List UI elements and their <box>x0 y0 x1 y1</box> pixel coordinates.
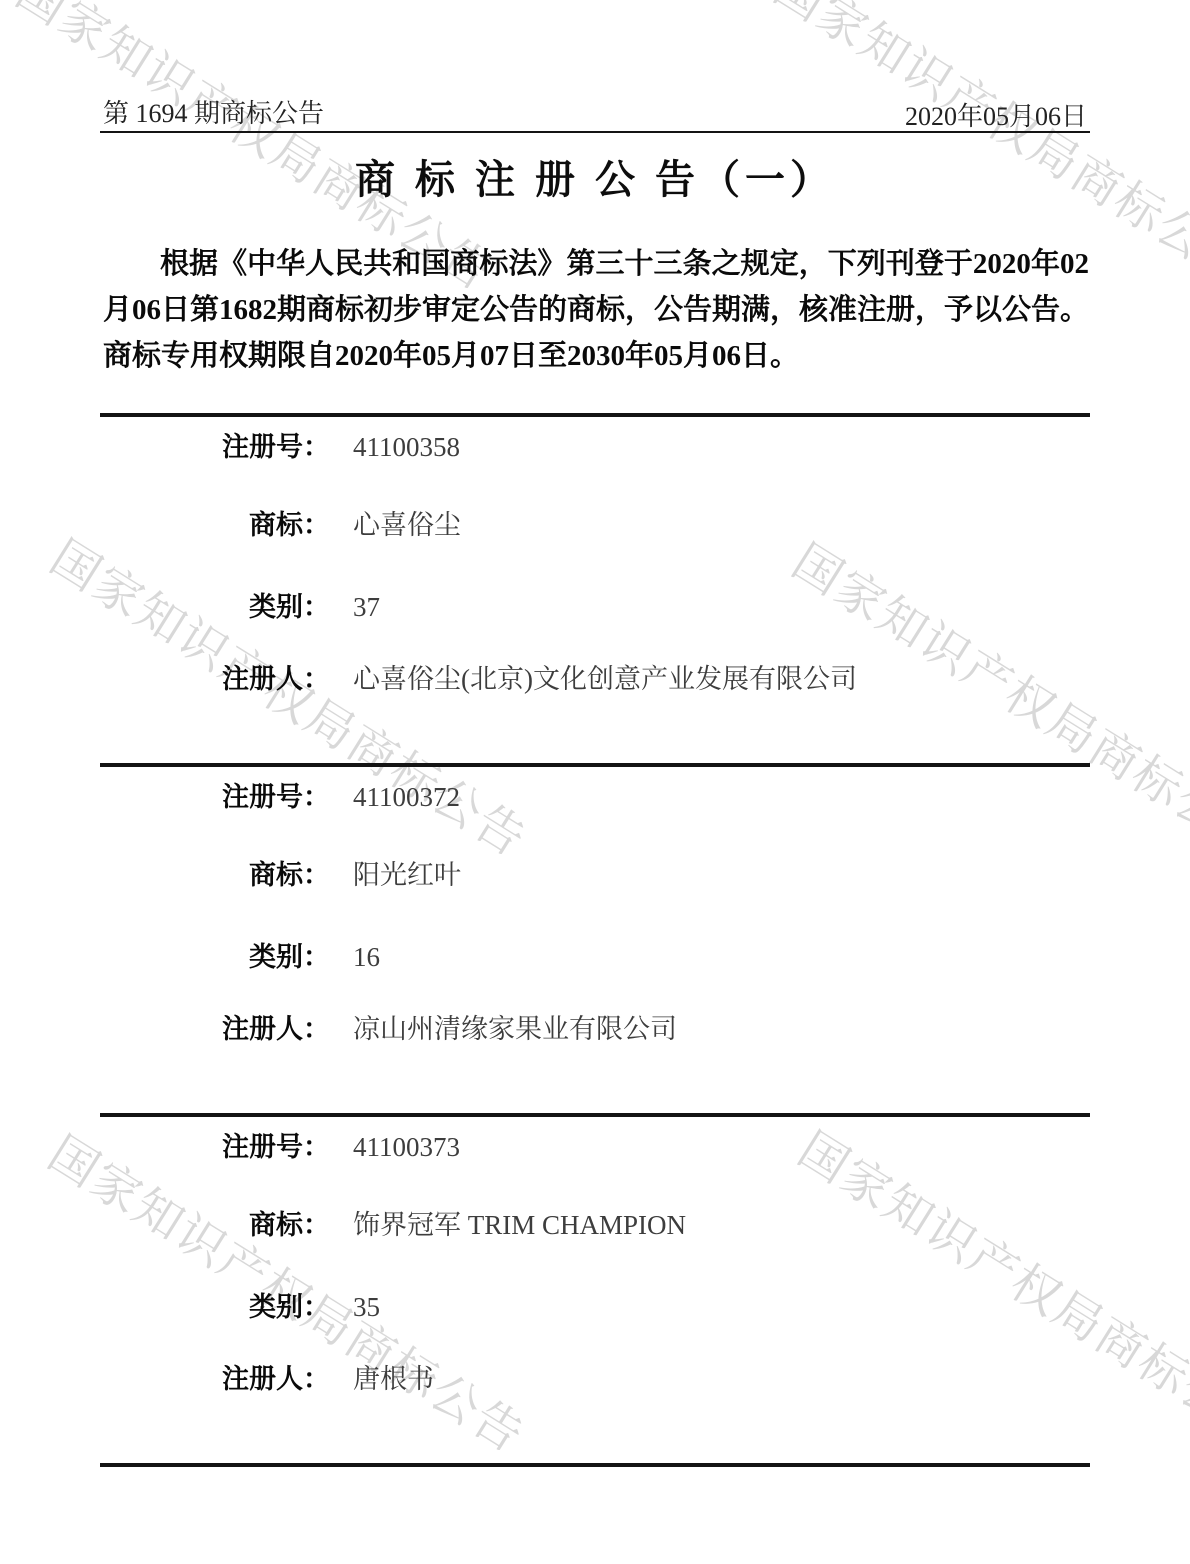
header-rule <box>100 131 1090 133</box>
registrant-value: 凉山州清缘家果业有限公司 <box>353 1012 1090 1046</box>
announcement-page: 国家知识产权局商标公告 国家知识产权局商标公告 国家知识产权局商标公告 国家知识… <box>0 0 1190 1564</box>
registrant-value: 唐根书 <box>353 1362 1090 1396</box>
trademark-value: 饰界冠军 TRIM CHAMPION <box>353 1208 1090 1242</box>
record-row: 商标： 阳光红叶 <box>100 858 1090 894</box>
registrant-label: 注册人： <box>100 1362 330 1396</box>
record-row: 类别： 35 <box>100 1290 1090 1326</box>
trademark-label: 商标： <box>100 508 330 542</box>
trademark-label: 商标： <box>100 858 330 892</box>
class-label: 类别： <box>100 940 330 974</box>
record-row: 注册人： 唐根书 <box>100 1362 1090 1398</box>
registrant-value: 心喜俗尘(北京)文化创意产业发展有限公司 <box>353 662 1090 696</box>
record-row: 注册号： 41100372 <box>100 780 1090 816</box>
intro-paragraph: 根据《中华人民共和国商标法》第三十三条之规定，下列刊登于2020年02月06日第… <box>103 241 1089 379</box>
trademark-value: 阳光红叶 <box>353 858 1090 892</box>
record-row: 注册人： 心喜俗尘(北京)文化创意产业发展有限公司 <box>100 662 1090 698</box>
class-value: 16 <box>353 940 1090 974</box>
record-row: 商标： 心喜俗尘 <box>100 508 1090 544</box>
trademark-value: 心喜俗尘 <box>353 508 1090 542</box>
registrant-label: 注册人： <box>100 662 330 696</box>
record-row: 注册号： 41100373 <box>100 1130 1090 1166</box>
reg-no-label: 注册号： <box>100 430 330 464</box>
record-row: 类别： 16 <box>100 940 1090 976</box>
record-block: 注册号： 41100358 商标： 心喜俗尘 类别： 37 注册人： 心喜俗尘(… <box>100 413 1090 767</box>
record-row: 注册人： 凉山州清缘家果业有限公司 <box>100 1012 1090 1048</box>
reg-no-value: 41100373 <box>353 1130 1090 1164</box>
page-content: 第 1694 期商标公告 2020年05月06日 商 标 注 册 公 告（一） … <box>0 0 1190 1564</box>
class-value: 37 <box>353 590 1090 624</box>
class-label: 类别： <box>100 590 330 624</box>
record-row: 注册号： 41100358 <box>100 430 1090 466</box>
record-block: 注册号： 41100373 商标： 饰界冠军 TRIM CHAMPION 类别：… <box>100 1113 1090 1467</box>
page-title: 商 标 注 册 公 告（一） <box>0 148 1190 205</box>
reg-no-label: 注册号： <box>100 1130 330 1164</box>
issue-label: 第 1694 期商标公告 <box>103 93 324 130</box>
record-row: 类别： 37 <box>100 590 1090 626</box>
bottom-rule <box>100 1463 1090 1467</box>
registrant-label: 注册人： <box>100 1012 330 1046</box>
record-row: 商标： 饰界冠军 TRIM CHAMPION <box>100 1208 1090 1244</box>
class-label: 类别： <box>100 1290 330 1324</box>
reg-no-value: 41100372 <box>353 780 1090 814</box>
reg-no-value: 41100358 <box>353 430 1090 464</box>
trademark-label: 商标： <box>100 1208 330 1242</box>
header-date: 2020年05月06日 <box>905 96 1087 133</box>
reg-no-label: 注册号： <box>100 780 330 814</box>
record-block: 注册号： 41100372 商标： 阳光红叶 类别： 16 注册人： 凉山州清缘… <box>100 763 1090 1117</box>
class-value: 35 <box>353 1290 1090 1324</box>
